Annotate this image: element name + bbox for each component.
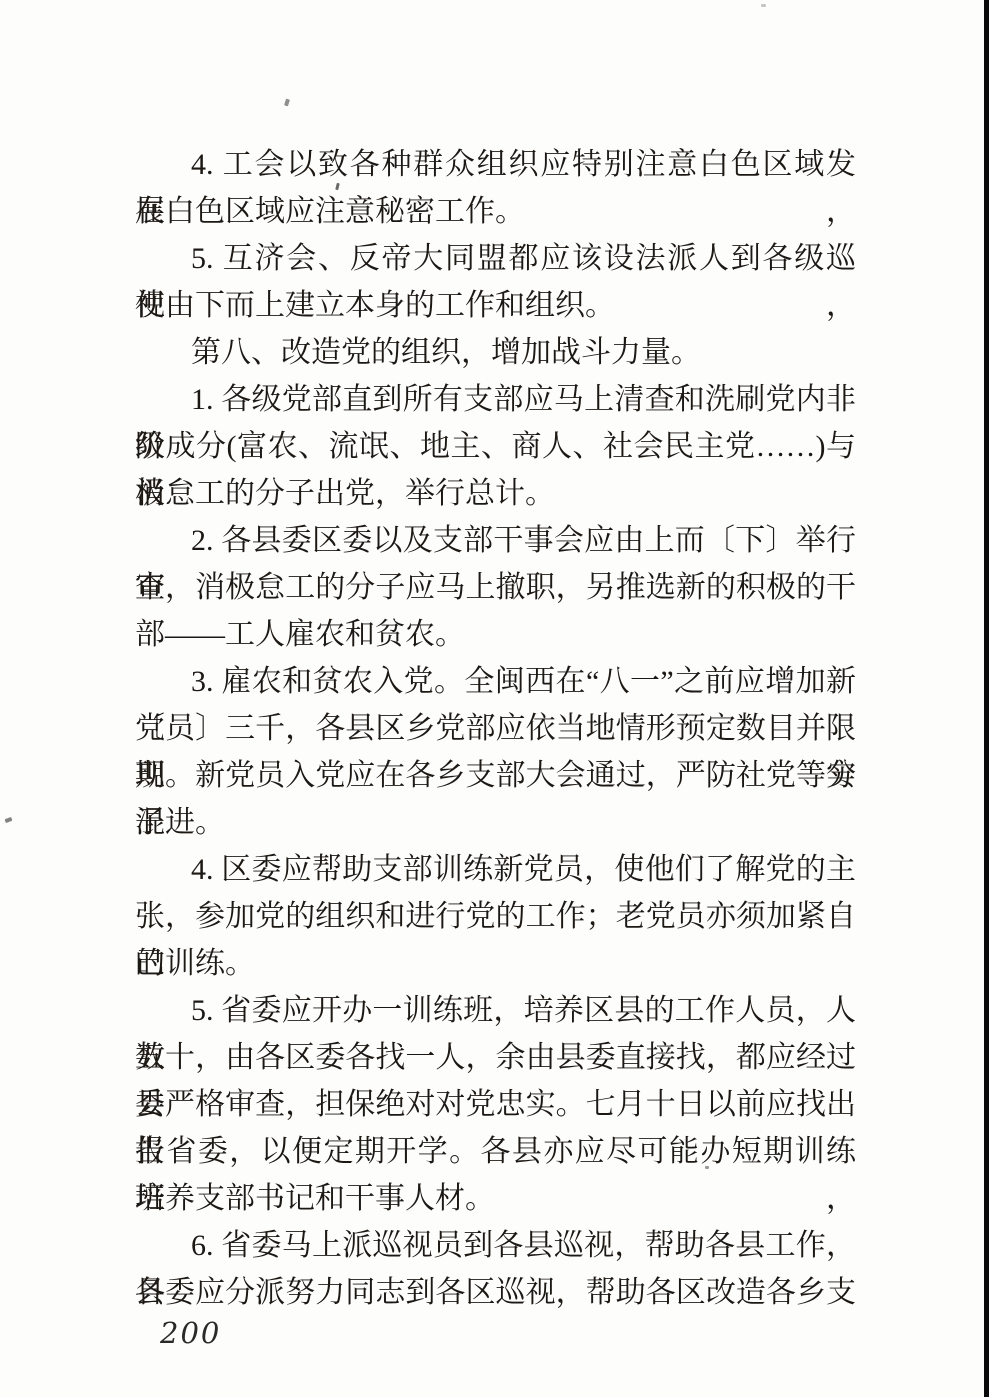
scan-speck	[761, 4, 766, 7]
scan-speck	[705, 1166, 709, 1169]
text-line-16: 4. 区委应帮助支部训练新党员，使他们了解党的主	[135, 846, 856, 893]
text-line-18: 的训练。	[135, 940, 856, 987]
text-line-11: 部——工人雇农和贫农。	[135, 611, 856, 658]
page-number: 200	[160, 1316, 221, 1350]
text-line-6: 1. 各级党部直到所有支部应马上清查和洗刷党内非阶	[135, 376, 856, 423]
document-text-block: 4. 工会以致各种群众组织应特别注意白色区域发展， 在白色区域应注意秘密工作。 …	[135, 141, 856, 1316]
scan-speck	[5, 817, 13, 823]
text-line-13: 〔员〕三千，各县区乡党部应依当地情形预定数目并限期实	[135, 705, 856, 752]
section-heading-line: 第八、改造党的组织，增加战斗力量。	[135, 329, 856, 376]
text-line-20: 五十，由各区委各找一人，余由县委直接找，都应经过县	[135, 1034, 856, 1081]
scan-speck	[284, 99, 290, 107]
scanned-page: 4. 工会以致各种群众组织应特别注意白色区域发展， 在白色区域应注意秘密工作。 …	[0, 0, 989, 1397]
scan-edge-strip	[984, 0, 989, 1397]
text-line-22: 告省委，以便定期开学。各县亦应尽可能办短期训练班，	[135, 1128, 856, 1175]
text-line-15: 混进。	[135, 799, 856, 846]
text-line-21: 委严格审查，担保绝对对党忠实。七月十日以前应找出报	[135, 1081, 856, 1128]
text-line-25: 县委应分派努力同志到各区巡视，帮助各区改造各乡支	[135, 1269, 856, 1316]
text-line-7: 级成分(富农、流氓、地主、商人、社会民主党……)与消	[135, 423, 856, 470]
text-line-14: 现。新党员入党应在各乡支部大会通过，严防社党等分子	[135, 752, 856, 799]
text-line-12: 3. 雇农和贫农入党。全闽西在“八一”之前应增加新党	[135, 658, 856, 705]
text-line-10: 查，消极怠工的分子应马上撤职，另推选新的积极的干	[135, 564, 856, 611]
text-line-1: 4. 工会以致各种群众组织应特别注意白色区域发展，	[135, 141, 856, 188]
text-line-3: 5. 互济会、反帝大同盟都应该设法派人到各级巡视，	[135, 235, 856, 282]
text-line-17: 张，参加党的组织和进行党的工作；老党员亦须加紧自己	[135, 893, 856, 940]
text-line-9: 2. 各县委区委以及支部干事会应由上而〔下〕举行审	[135, 517, 856, 564]
text-line-19: 5. 省委应开办一训练班，培养区县的工作人员，人数	[135, 987, 856, 1034]
text-line-24: 6. 省委马上派巡视员到各县巡视，帮助各县工作，各	[135, 1222, 856, 1269]
text-line-8: 极怠工的分子出党，举行总计。	[135, 470, 856, 517]
